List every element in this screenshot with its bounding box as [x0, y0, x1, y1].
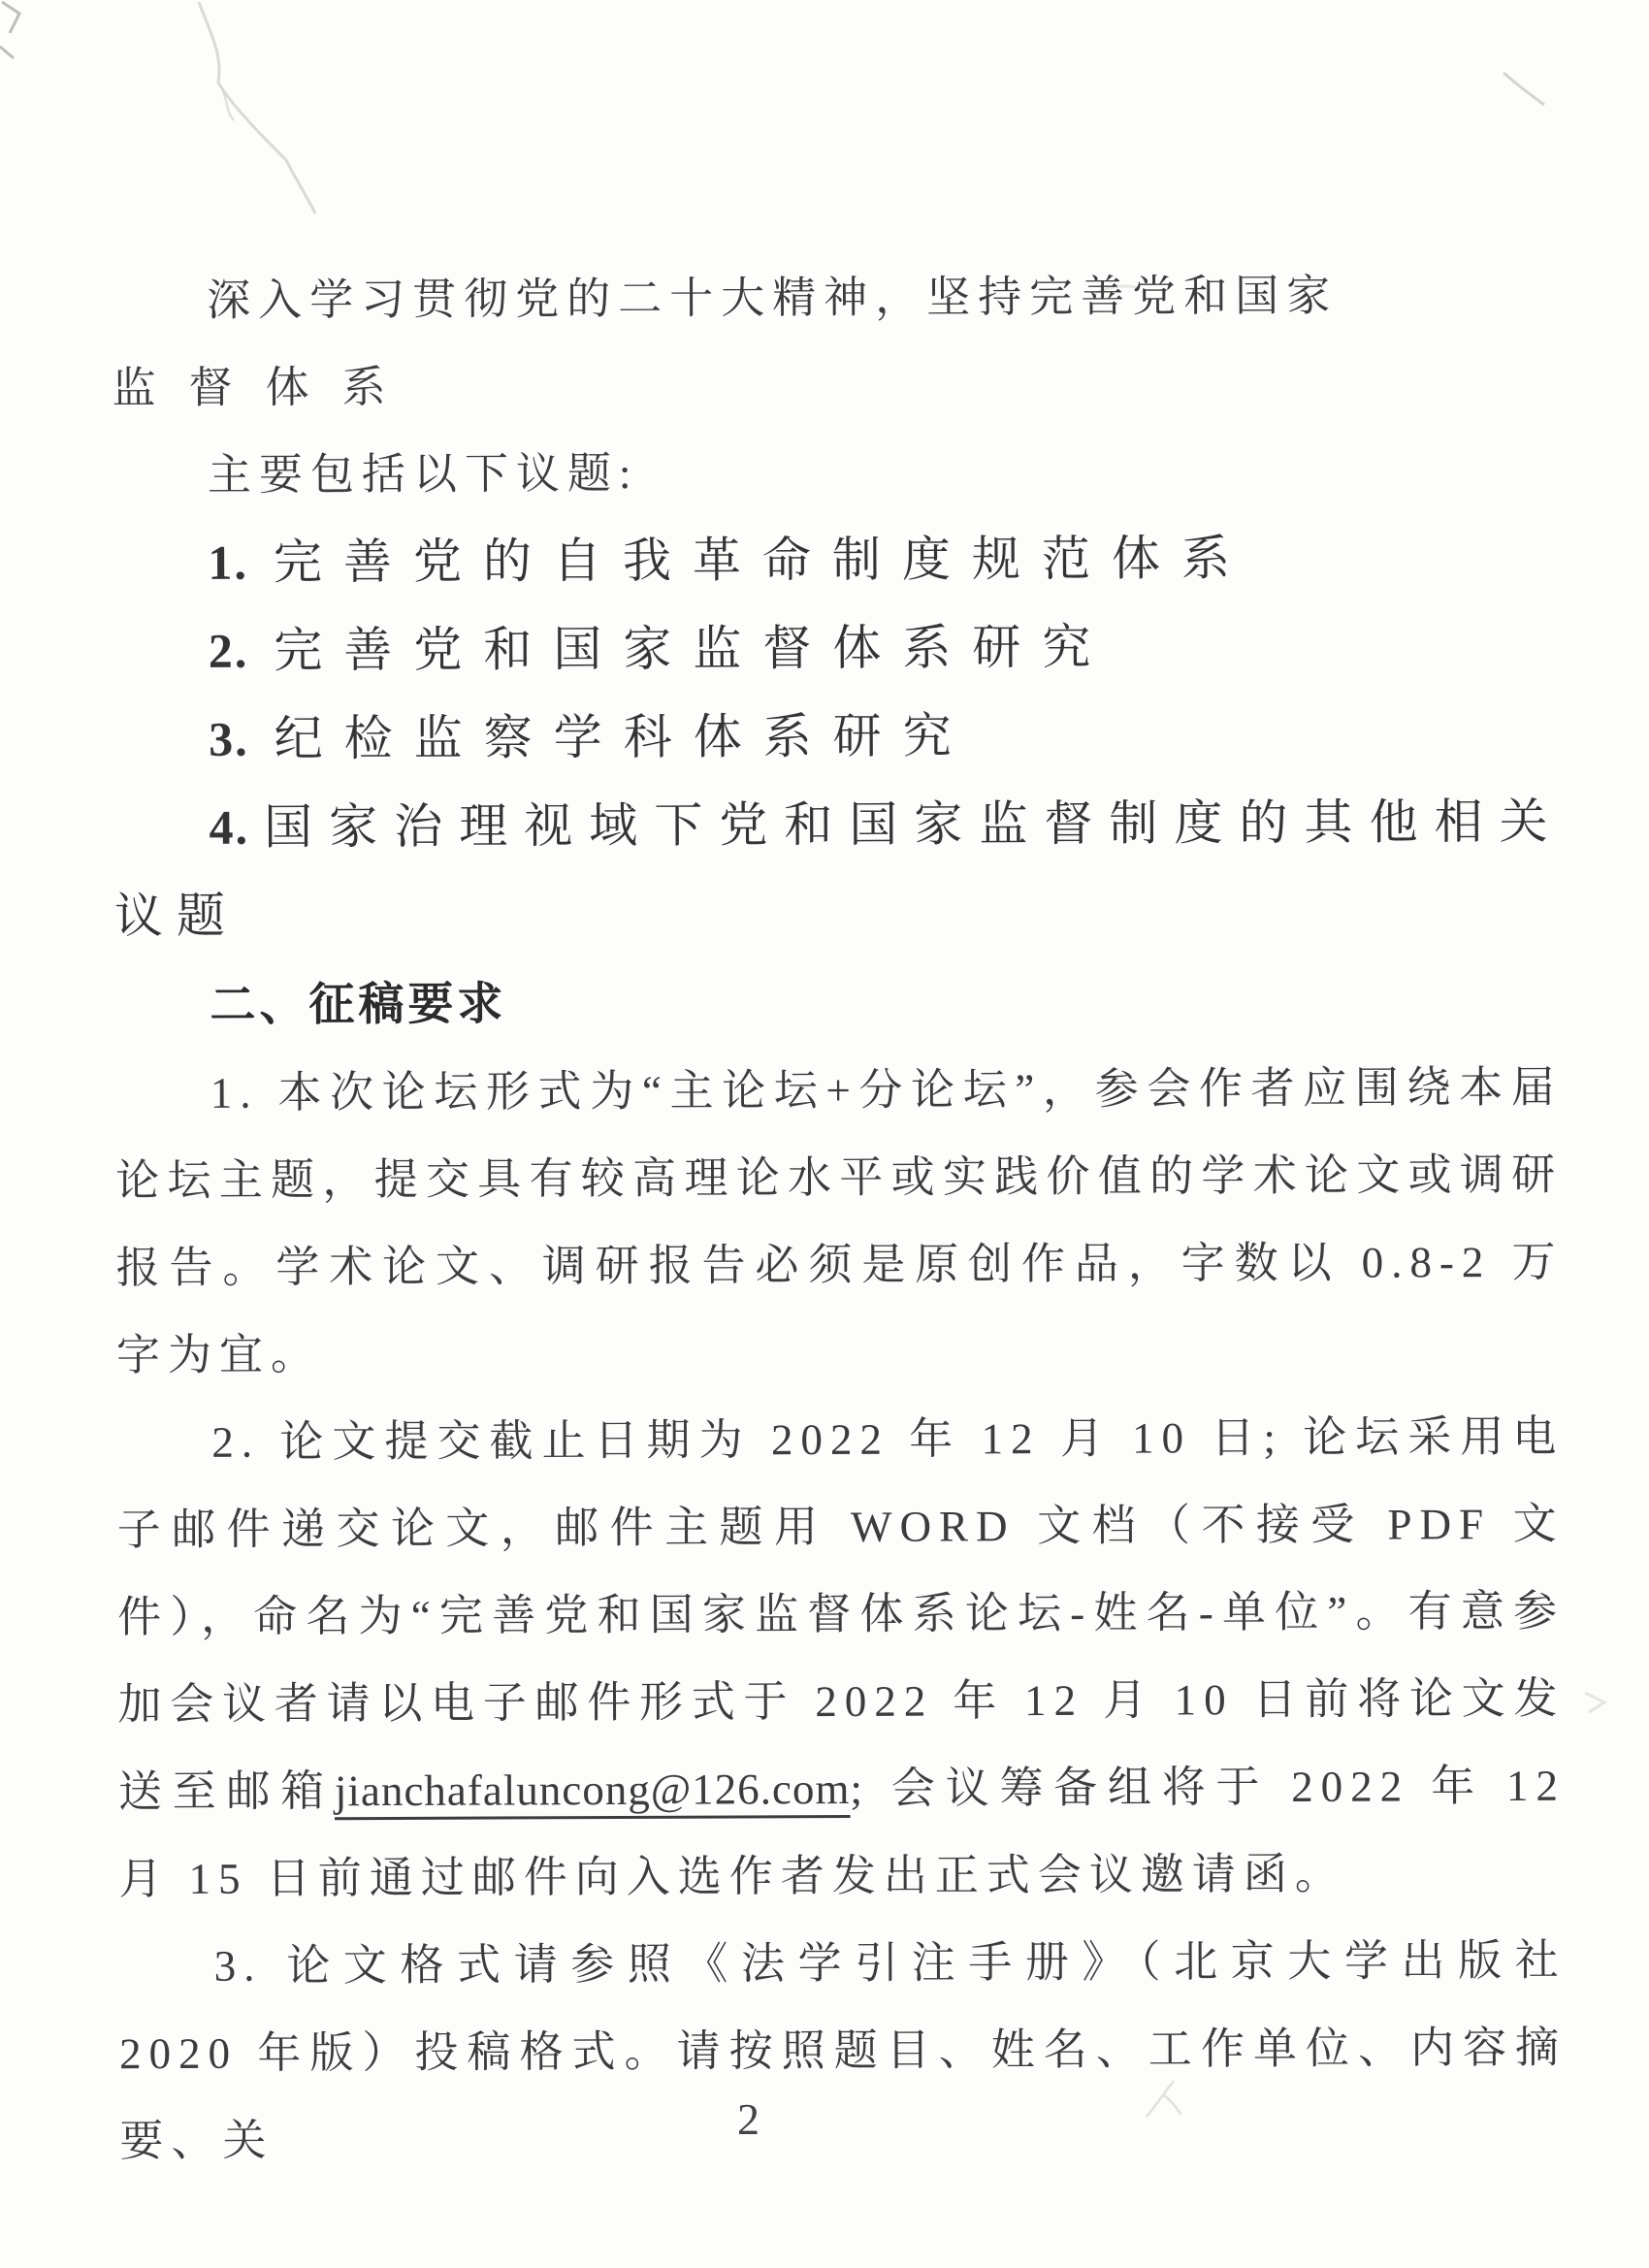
- document-page: 深入学习贯彻党的二十大精神，坚持完善党和国家 监督体系 主要包括以下议题: 1.…: [0, 0, 1649, 2268]
- scan-artifact: [0, 0, 78, 87]
- topic-text: 纪检监察学科体系研究: [275, 708, 973, 765]
- topic-text: 完善党和国家监督体系研究: [274, 620, 1112, 678]
- topic-text: 完善党的自我革命制度规范体系: [274, 531, 1251, 589]
- topic-text: 国家治理视域下党和国家监督制度的其他相关: [261, 794, 1562, 855]
- topic-item-4-continuation: 议题: [114, 866, 1562, 961]
- page-number: 2: [737, 2093, 760, 2145]
- topic-number: 1.: [208, 535, 248, 590]
- topic-number: 3.: [209, 712, 249, 766]
- topic-item-2: 2.完善党和国家监督体系研究: [113, 601, 1561, 697]
- email-link[interactable]: jianchafaluncong@126.com: [335, 1765, 851, 1815]
- topic-item-3: 3.纪检监察学科体系研究: [113, 690, 1561, 785]
- page-content: 深入学习贯彻党的二十大精神，坚持完善党和国家 监督体系 主要包括以下议题: 1.…: [112, 251, 1568, 2185]
- topic-number: 4.: [209, 800, 249, 855]
- scan-artifact: [1579, 1683, 1618, 1722]
- scan-artifact: [1494, 68, 1552, 112]
- topic-item-4: 4.国家治理视域下党和国家监督制度的其他相关: [113, 778, 1561, 873]
- intro-line-2: 监督体系: [112, 339, 1559, 433]
- paragraph-3: 3. 论文格式请参照《法学引注手册》（北京大学出版社 2020 年版）投稿格式。…: [118, 1917, 1567, 2186]
- topic-number: 2.: [209, 624, 249, 678]
- section-heading: 二、征稿要求: [114, 955, 1562, 1051]
- intro-line-1: 深入学习贯彻党的二十大精神，坚持完善党和国家: [112, 251, 1559, 345]
- topic-item-1: 1.完善党的自我革命制度规范体系: [113, 513, 1560, 608]
- paragraph-2: 2. 论文提交截止日期为 2022 年 12 月 10 日; 论坛采用电子邮件递…: [116, 1393, 1566, 1924]
- topics-lead: 主要包括以下议题:: [113, 426, 1560, 520]
- scan-artifact: [170, 0, 335, 223]
- paragraph-2-text: 2. 论文提交截止日期为 2022 年 12 月 10 日; 论坛采用电子邮件递…: [117, 1412, 1566, 1817]
- paragraph-1: 1. 本次论坛形式为“主论坛+分论坛”，参会作者应围绕本届论坛主题，提交具有较高…: [115, 1044, 1565, 1400]
